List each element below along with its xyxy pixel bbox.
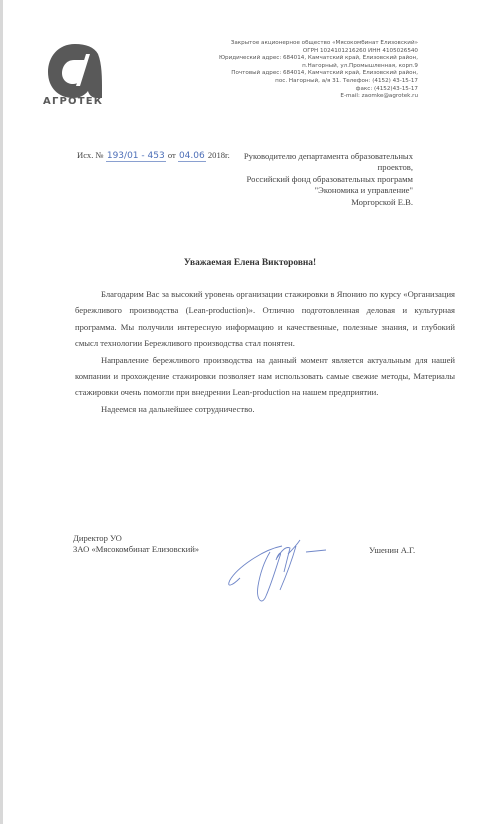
- page-edge: [0, 0, 3, 824]
- recipient-line: "Экономика и управление": [173, 185, 413, 196]
- company-name: Закрытое акционерное общество «Мясокомби…: [178, 40, 418, 48]
- signatory-details: Директор УО ЗАО «Мясокомбинат Елизовский…: [73, 533, 199, 555]
- outgoing-prefix: Исх. №: [77, 150, 104, 160]
- signatory-organization: ЗАО «Мясокомбинат Елизовский»: [73, 544, 199, 555]
- agrotek-logo-icon: [44, 40, 106, 102]
- fax: факс: (4152)43-15-17: [178, 86, 418, 94]
- email: E-mail: zaomke@agrotek.ru: [178, 93, 418, 101]
- handwritten-signature-icon: [222, 528, 342, 608]
- letter-body: Благодарим Вас за высокий уровень органи…: [75, 286, 455, 417]
- signatory-name: Ушенин А.Г.: [369, 545, 415, 555]
- company-details: Закрытое акционерное общество «Мясокомби…: [178, 40, 418, 101]
- postal-address: Почтовый адрес: 684014, Камчатский край,…: [178, 70, 418, 78]
- recipient-line: Российский фонд образовательных программ: [173, 174, 413, 185]
- outgoing-number: 193/01 - 453: [106, 151, 166, 162]
- paragraph: Надеемся на дальнейшее сотрудничество.: [75, 401, 455, 417]
- signatory-position: Директор УО: [73, 533, 199, 544]
- salutation: Уважаемая Елена Викторовна!: [0, 258, 500, 268]
- recipient-line: проектов,: [173, 162, 413, 173]
- postal-address-phone: пос. Нагорный, а/я 31. Телефон: (4152) 4…: [178, 78, 418, 86]
- recipient-line: Руководителю департамента образовательны…: [173, 151, 413, 162]
- recipient-block: Руководителю департамента образовательны…: [173, 151, 413, 208]
- logo-text: АГРОТЕК: [43, 96, 103, 107]
- paragraph: Благодарим Вас за высокий уровень органи…: [75, 286, 455, 352]
- legal-address: Юридический адрес: 684014, Камчатский кр…: [178, 55, 418, 63]
- recipient-name: Моргорской Е.В.: [173, 197, 413, 208]
- paragraph: Направление бережливого производства на …: [75, 352, 455, 401]
